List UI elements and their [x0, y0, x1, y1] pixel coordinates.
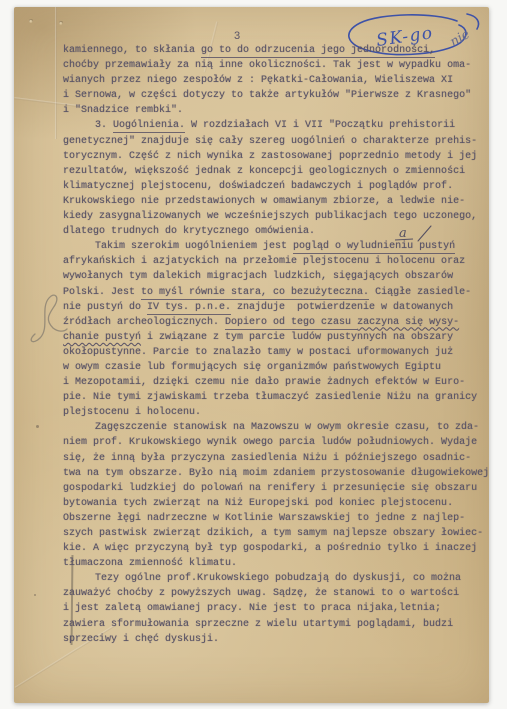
text-line: pie. Nie tymi zjawiskami trzeba tłumaczy…	[63, 390, 495, 405]
text-segment: się, że inną była przyczyna zasiedlenia …	[63, 453, 471, 464]
text-line: okołopustynne. Parcie to znalazło tamy w…	[63, 345, 495, 360]
pinhole	[59, 21, 63, 25]
text-line: Takim szerokim uogólnieniem jest pogląd …	[63, 239, 495, 254]
text-line: i "Snadzice rembki".	[63, 103, 495, 118]
text-segment: twa na tym obszarze. Było nią moim zdani…	[63, 468, 489, 479]
text-segment: Polski. Jest	[63, 287, 141, 298]
text-segment: choćby przemawiały za nią inne okoliczno…	[63, 60, 471, 71]
underlined-text-segment: zaczyna się wysy-	[357, 317, 459, 328]
text-segment: dlatego trudnych do krytycznego omówieni…	[63, 226, 315, 237]
text-segment: Krukowskiego nie przedstawionych w omawi…	[63, 196, 465, 207]
text-segment: Zagęszczenie stanowisk na Mazowszu w owy…	[95, 422, 479, 433]
text-line: się, że inną była przyczyna zasiedlenia …	[63, 451, 495, 466]
text-line: rezultatów, większość jednak z koncepcji…	[63, 164, 495, 179]
text-line: w owym czasie lub formujących się organi…	[63, 360, 495, 375]
text-line: i Sernowa, w części dotyczy to także art…	[63, 88, 495, 103]
text-line: tłumaczona zmienność klimatu.	[63, 556, 495, 571]
text-line: kamiennego, to skłania go to do odrzucen…	[63, 43, 495, 58]
text-line: szych pastwisk zwierząt dzikich, a tym s…	[63, 526, 495, 541]
pinhole	[29, 19, 33, 23]
text-line: 3. Uogólnienia. W rozdziałach VI i VII "…	[63, 118, 495, 133]
text-line: kiedy zasygnalizowanych we wcześniejszyc…	[63, 209, 495, 224]
text-segment: afrykańskich i azjatyckich na przełomie …	[63, 256, 465, 267]
text-line: i jest zaletą omawianej pracy. Nie jest …	[63, 601, 495, 616]
text-segment: i jest zaletą omawianej pracy. Nie jest …	[63, 603, 441, 614]
text-segment: rezultatów, większość jednak z koncepcji…	[63, 166, 465, 177]
text-line: nie pustyń do IV tys. p.n.e. znajduje po…	[63, 300, 495, 315]
text-segment: Tezy ogólne prof.Krukowskiego pobudzają …	[95, 573, 461, 584]
underlined-text-segment: chanie pustyń	[63, 332, 141, 343]
text-segment: gospodarki ludzkiej do polowań na renife…	[63, 483, 477, 494]
text-segment: zawiera sformułowania sprzeczne z wielu …	[63, 619, 453, 630]
text-segment: plejstocenu i holocenu.	[63, 407, 201, 418]
text-segment: genetycznej" znajduje się cały szereg uo…	[63, 136, 477, 147]
underlined-text-segment: Dopiero od tego czasu	[225, 317, 357, 330]
text-line: gospodarki ludzkiej do polowań na renife…	[63, 481, 495, 496]
text-line: torycznym. Część z nich wynika z zastoso…	[63, 149, 495, 164]
text-segment: i Mezopotamii, dzięki czemu nie dało pra…	[63, 377, 465, 388]
text-line: wywołanych tym dalekich migracjach ludzk…	[63, 269, 495, 284]
document-page: 3 SK-go nie a kamiennego, to skłania go …	[14, 7, 489, 703]
text-segment: w owym czasie lub formujących się organi…	[63, 362, 441, 373]
paper-speck	[36, 425, 39, 428]
underlined-text-segment: to myśl równie stara, co bezużyteczna.	[141, 287, 369, 300]
text-line: klimatycznej plejstocenu, doświadczeń ba…	[63, 179, 495, 194]
text-line: Krukowskiego nie przedstawionych w omawi…	[63, 194, 495, 209]
text-segment: i Sernowa, w części dotyczy to także art…	[63, 90, 471, 101]
text-segment: kie. A więc przyczyną był typ gospodarki…	[63, 543, 477, 554]
text-line: zawiera sformułowania sprzeczne z wielu …	[63, 617, 495, 632]
text-segment: tłumaczona zmienność klimatu.	[63, 558, 237, 569]
text-segment: nie pustyń do	[63, 302, 147, 313]
text-segment: Obszerne łęgi nadrzeczne w Kotlinie Wars…	[63, 513, 465, 524]
text-segment: bytowania tych zwierząt na Niż Europejsk…	[63, 498, 453, 509]
text-segment: Takim szerokim uogólnieniem jest	[95, 241, 293, 252]
text-segment: zauważyć choćby z powyższych uwag. Sądzę…	[63, 588, 459, 599]
text-segment: klimatycznej plejstocenu, doświadczeń ba…	[63, 181, 453, 192]
page-number: 3	[222, 31, 252, 43]
text-segment: kiedy zasygnalizowanych we wcześniejszyc…	[63, 211, 477, 222]
underlined-text-segment: Uogólnienia.	[113, 120, 185, 133]
text-line: bytowania tych zwierząt na Niż Europejsk…	[63, 496, 495, 511]
text-segment: okołopustynne. Parcie to znalazło tamy w…	[63, 347, 453, 358]
text-segment: 3.	[95, 120, 113, 131]
text-segment: sprzeciwy i chęć dyskusji.	[63, 634, 219, 645]
text-line: Polski. Jest to myśl równie stara, co be…	[63, 285, 495, 300]
text-line: dlatego trudnych do krytycznego omówieni…	[63, 224, 495, 239]
text-segment: pie. Nie tymi zjawiskami trzeba tłumaczy…	[63, 392, 477, 403]
text-segment: źródłach archeologicznych.	[63, 317, 225, 328]
text-line: wianych przez niego zespołów z : Pękatki…	[63, 73, 495, 88]
paper-crease	[55, 7, 57, 139]
text-segment: wywołanych tym dalekich migracjach ludzk…	[63, 271, 453, 282]
underlined-text-segment: go to do odrzucenia jego jednorodności,	[201, 45, 435, 58]
text-line: plejstocenu i holocenu.	[63, 405, 495, 420]
text-segment: szych pastwisk zwierząt dzikich, a tym s…	[63, 528, 483, 539]
text-segment: torycznym. Część z nich wynika z zastoso…	[63, 151, 477, 162]
text-segment: i związane z tym parcie ludów pustynnych…	[141, 332, 453, 343]
text-segment: znajduje potwierdzenie w datowanych	[231, 302, 453, 313]
text-segment: W rozdziałach VI i VII "Początku prehist…	[185, 120, 455, 131]
underlined-text-segment: IV tys. p.n.e.	[147, 302, 231, 315]
text-line: Tezy ogólne prof.Krukowskiego pobudzają …	[63, 571, 495, 586]
text-line: afrykańskich i azjatyckich na przełomie …	[63, 254, 495, 269]
text-segment: niem prof. Krukowskiego wynik owego parc…	[63, 437, 477, 448]
text-segment: i "Snadzice rembki".	[63, 105, 183, 116]
text-line: choćby przemawiały za nią inne okoliczno…	[63, 58, 495, 73]
typescript-block: kamiennego, to skłania go to do odrzucen…	[63, 43, 495, 647]
paper-speck	[34, 594, 36, 596]
text-segment: Ciągłe zasiedle-	[369, 287, 471, 298]
text-line: twa na tym obszarze. Było nią moim zdani…	[63, 466, 495, 481]
underlined-text-segment: pogląd o wyludnieniu pustyń	[293, 241, 455, 254]
text-line: zauważyć choćby z powyższych uwag. Sądzę…	[63, 586, 495, 601]
text-line: chanie pustyń i związane z tym parcie lu…	[63, 330, 495, 345]
text-line: Zagęszczenie stanowisk na Mazowszu w owy…	[63, 420, 495, 435]
text-line: Obszerne łęgi nadrzeczne w Kotlinie Wars…	[63, 511, 495, 526]
text-line: i Mezopotamii, dzięki czemu nie dało pra…	[63, 375, 495, 390]
hook-stroke-icon	[467, 14, 479, 29]
text-line: genetycznej" znajduje się cały szereg uo…	[63, 134, 495, 149]
text-segment: kamiennego, to skłania	[63, 45, 201, 56]
text-line: sprzeciwy i chęć dyskusji.	[63, 632, 495, 647]
text-segment: wianych przez niego zespołów z : Pękatki…	[63, 75, 453, 86]
text-line: niem prof. Krukowskiego wynik owego parc…	[63, 435, 495, 450]
text-line: źródłach archeologicznych. Dopiero od te…	[63, 315, 495, 330]
text-line: kie. A więc przyczyną był typ gospodarki…	[63, 541, 495, 556]
